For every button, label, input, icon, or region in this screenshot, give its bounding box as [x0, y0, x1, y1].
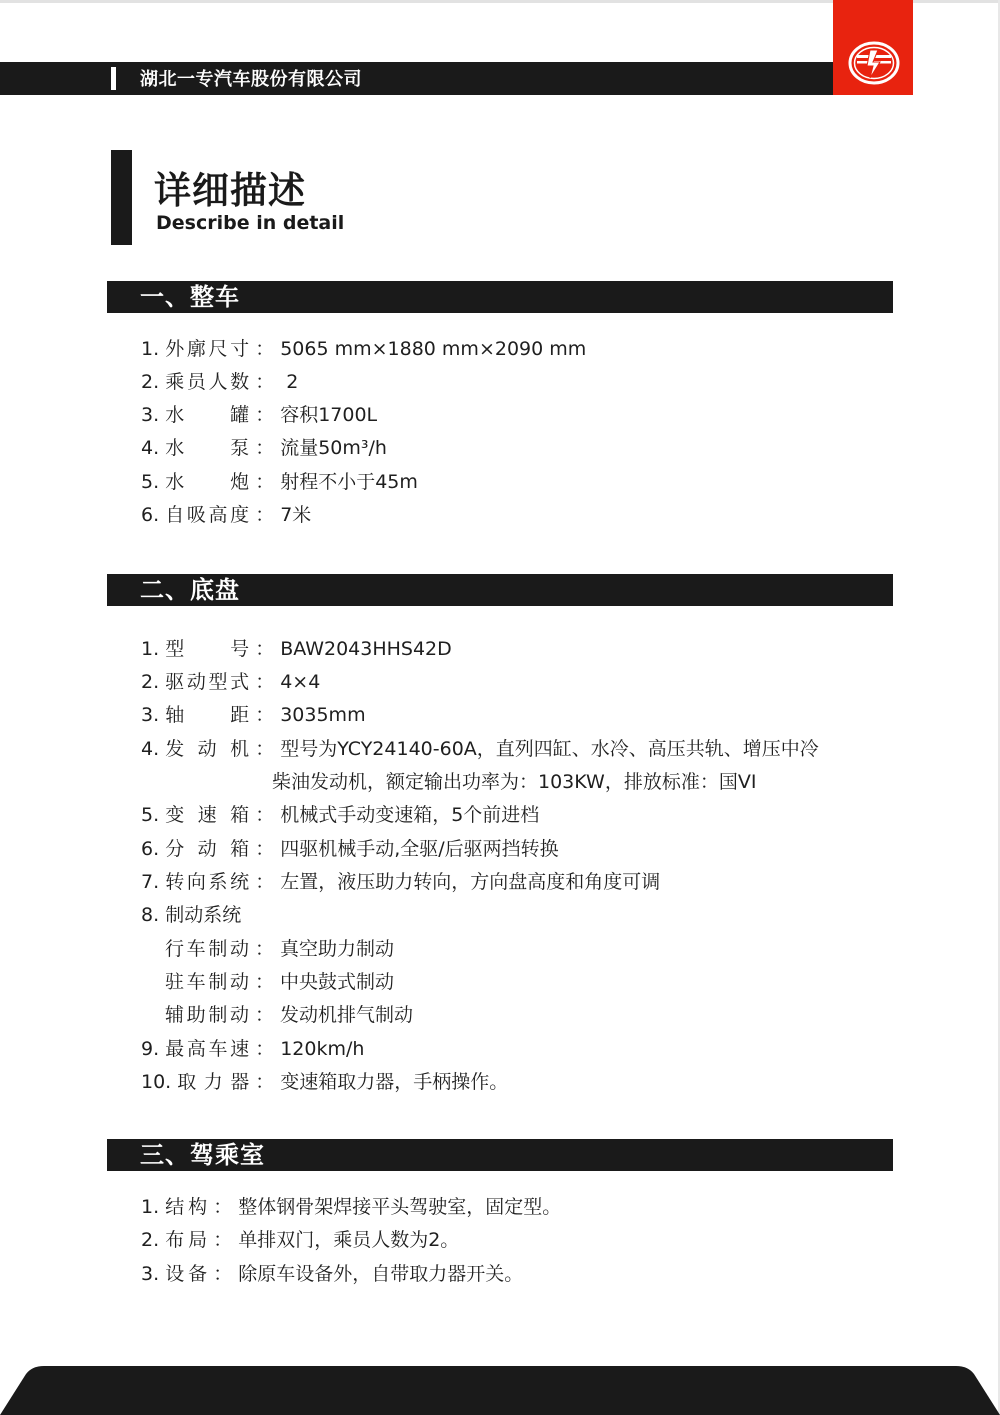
spec-num: 2.: [141, 669, 159, 695]
spec-value: 变速箱取力器，手柄操作。: [280, 1071, 508, 1093]
spec-value: BAW2043HHS42D: [280, 638, 452, 660]
spec-separator: ：: [249, 636, 280, 662]
section-header-cab: 三、驾乘室: [107, 1139, 893, 1171]
spec-value: 4×4: [280, 671, 320, 693]
spec-line: 8. 制动系统: [141, 902, 241, 928]
spec-value: 发动机排气制动: [280, 1004, 413, 1026]
spec-key: 变速箱: [165, 802, 249, 828]
spec-value: 除原车设备外，自带取力器开关。: [238, 1263, 523, 1285]
spec-line: 10. 取力器：变速箱取力器，手柄操作。: [141, 1069, 508, 1095]
page-subtitle: Describe in detail: [156, 212, 344, 234]
spec-key: 型号: [165, 636, 249, 662]
spec-value: 7米: [280, 504, 311, 526]
spec-separator: ：: [207, 1261, 238, 1287]
spec-subline: 驻车制动：中央鼓式制动: [165, 969, 394, 995]
spec-num: 1.: [141, 336, 159, 362]
spec-separator: ：: [249, 1036, 280, 1062]
spec-key: 行车制动: [165, 936, 249, 962]
spec-num: 2.: [141, 1227, 159, 1253]
spec-line: 3. 设备：除原车设备外，自带取力器开关。: [141, 1261, 523, 1287]
header-bar: [0, 62, 833, 95]
spec-line: 4. 发动机：型号为YCY24140-60A，直列四缸、水冷、高压共轨、增压中冷: [141, 736, 819, 762]
spec-subline: 辅助制动：发动机排气制动: [165, 1002, 413, 1028]
spec-key: 驻车制动: [165, 969, 249, 995]
spec-value: 型号为YCY24140-60A，直列四缸、水冷、高压共轨、增压中冷: [280, 738, 819, 760]
spec-key: 自吸高度: [165, 502, 249, 528]
spec-num: 6.: [141, 836, 159, 862]
spec-key: 驱动型式: [165, 669, 249, 695]
spec-line: 5. 变速箱：机械式手动变速箱，5个前进档: [141, 802, 539, 828]
spec-key: 取力器: [177, 1069, 249, 1095]
section-title: 二、底盘: [140, 574, 240, 606]
spec-key: 轴距: [165, 702, 249, 728]
spec-key: 最高车速: [165, 1036, 249, 1062]
company-logo-icon: [848, 40, 900, 86]
spec-separator: ：: [249, 836, 280, 862]
page-title: 详细描述: [154, 160, 306, 214]
spec-key: 水炮: [165, 469, 249, 495]
spec-value: 机械式手动变速箱，5个前进档: [280, 804, 539, 826]
spec-key: 发动机: [165, 736, 249, 762]
spec-separator: ：: [249, 1069, 280, 1095]
spec-subline: 行车制动：真空助力制动: [165, 936, 394, 962]
spec-line: 2. 乘员人数： 2: [141, 369, 298, 395]
spec-separator: ：: [249, 402, 280, 428]
spec-value: 2: [280, 371, 298, 393]
spec-key: 外廓尺寸: [165, 336, 249, 362]
spec-line: 1. 结构：整体钢骨架焊接平头驾驶室，固定型。: [141, 1194, 561, 1220]
spec-line: 2. 驱动型式：4×4: [141, 669, 320, 695]
spec-line: 1. 外廓尺寸：5065 mm×1880 mm×2090 mm: [141, 336, 586, 362]
spec-line: 9. 最高车速：120km/h: [141, 1036, 364, 1062]
spec-value: 单排双门，乘员人数为2。: [238, 1229, 459, 1251]
spec-value: 中央鼓式制动: [280, 971, 394, 993]
spec-num: 3.: [141, 1261, 159, 1287]
spec-key: 水泵: [165, 435, 249, 461]
spec-line: 2. 布局：单排双门，乘员人数为2。: [141, 1227, 459, 1253]
spec-separator: ：: [249, 336, 280, 362]
spec-value: 射程不小于45m: [280, 471, 418, 493]
spec-value: 柴油发动机，额定输出功率为：103KW，排放标准：国VI: [272, 771, 756, 793]
spec-separator: ：: [249, 1002, 280, 1028]
section-header-vehicle: 一、整车: [107, 281, 893, 313]
spec-key: 水罐: [165, 402, 249, 428]
spec-separator: ：: [249, 502, 280, 528]
spec-num: 3.: [141, 702, 159, 728]
section-title: 三、驾乘室: [140, 1139, 265, 1171]
spec-line: 7. 转向系统：左置，液压助力转向，方向盘高度和角度可调: [141, 869, 660, 895]
spec-separator: ：: [249, 936, 280, 962]
spec-key: 布局: [165, 1227, 207, 1253]
spec-line: 1. 型号：BAW2043HHS42D: [141, 636, 452, 662]
spec-num: 5.: [141, 802, 159, 828]
spec-value: 真空助力制动: [280, 938, 394, 960]
spec-key: 设备: [165, 1261, 207, 1287]
spec-value: 流量50m³/h: [280, 437, 387, 459]
spec-key: 制动系统: [165, 904, 241, 926]
spec-key: 结构: [165, 1194, 207, 1220]
spec-separator: ：: [249, 969, 280, 995]
spec-key: 转向系统: [165, 869, 249, 895]
spec-num: 10.: [141, 1069, 171, 1095]
company-name: 湖北一专汽车股份有限公司: [140, 63, 362, 96]
header-accent-tick: [111, 67, 116, 90]
spec-num: 7.: [141, 869, 159, 895]
spec-separator: ：: [249, 369, 280, 395]
spec-num: 4.: [141, 736, 159, 762]
spec-key: 辅助制动: [165, 1002, 249, 1028]
spec-line: 3. 水罐：容积1700L: [141, 402, 377, 428]
spec-separator: ：: [249, 702, 280, 728]
spec-line: 4. 水泵：流量50m³/h: [141, 435, 387, 461]
spec-separator: ：: [249, 669, 280, 695]
spec-num: 4.: [141, 435, 159, 461]
spec-num: 5.: [141, 469, 159, 495]
footer-band: [0, 1366, 1000, 1415]
spec-num: 6.: [141, 502, 159, 528]
spec-value: 容积1700L: [280, 404, 377, 426]
spec-value: 整体钢骨架焊接平头驾驶室，固定型。: [238, 1196, 561, 1218]
spec-num: 1.: [141, 636, 159, 662]
spec-separator: ：: [207, 1227, 238, 1253]
spec-line-continuation: 柴油发动机，额定输出功率为：103KW，排放标准：国VI: [272, 769, 756, 795]
spec-key: 分动箱: [165, 836, 249, 862]
spec-separator: ：: [249, 802, 280, 828]
spec-line: 6. 自吸高度：7米: [141, 502, 311, 528]
spec-num: 3.: [141, 402, 159, 428]
spec-value: 5065 mm×1880 mm×2090 mm: [280, 338, 586, 360]
spec-line: 6. 分动箱：四驱机械手动,全驱/后驱两挡转换: [141, 836, 559, 862]
title-accent-bar: [111, 150, 132, 245]
spec-key: 乘员人数: [165, 369, 249, 395]
spec-num: 8.: [141, 902, 159, 928]
spec-separator: ：: [249, 435, 280, 461]
spec-value: 120km/h: [280, 1038, 364, 1060]
spec-separator: ：: [249, 469, 280, 495]
spec-separator: ：: [207, 1194, 238, 1220]
spec-num: 2.: [141, 369, 159, 395]
spec-value: 左置，液压助力转向，方向盘高度和角度可调: [280, 871, 660, 893]
spec-separator: ：: [249, 869, 280, 895]
spec-separator: ：: [249, 736, 280, 762]
section-title: 一、整车: [140, 281, 240, 313]
section-header-chassis: 二、底盘: [107, 574, 893, 606]
spec-line: 5. 水炮：射程不小于45m: [141, 469, 418, 495]
spec-value: 3035mm: [280, 704, 365, 726]
spec-num: 9.: [141, 1036, 159, 1062]
spec-line: 3. 轴距：3035mm: [141, 702, 366, 728]
spec-num: 1.: [141, 1194, 159, 1220]
spec-value: 四驱机械手动,全驱/后驱两挡转换: [280, 838, 558, 860]
